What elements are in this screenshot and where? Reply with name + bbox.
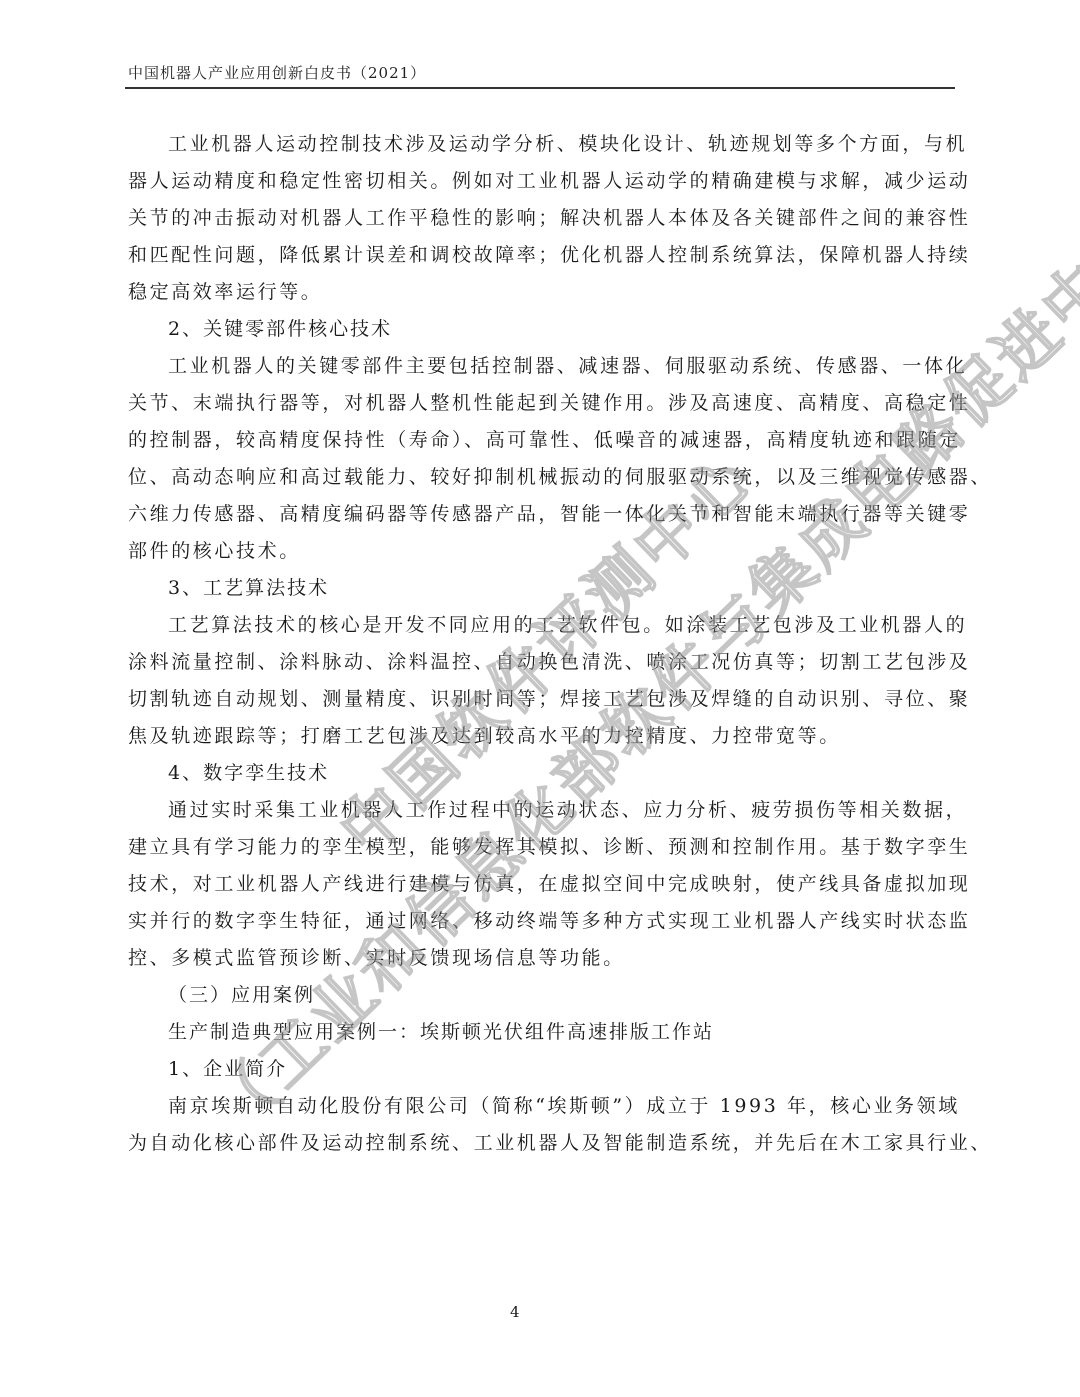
section-heading: 4、数字孪生技术 [128, 755, 958, 792]
section-heading: 3、工艺算法技术 [128, 570, 958, 607]
text-line: 技术，对工业机器人产线进行建模与仿真，在虚拟空间中完成映射，使产线具备虚拟加现 [128, 866, 958, 903]
text-line: 工艺算法技术的核心是开发不同应用的工艺软件包。如涂装工艺包涉及工业机器人的 [128, 607, 958, 644]
text-line: 通过实时采集工业机器人工作过程中的运动状态、应力分析、疲劳损伤等相关数据， [128, 792, 958, 829]
page-number: 4 [510, 1303, 520, 1321]
text-line: 部件的核心技术。 [128, 533, 958, 570]
text-line: 控、多模式监管预诊断、实时反馈现场信息等功能。 [128, 940, 958, 977]
text-line: 稳定高效率运行等。 [128, 274, 958, 311]
text-line: 位、高动态响应和高过载能力、较好抑制机械振动的伺服驱动系统，以及三维视觉传感器、 [128, 459, 958, 496]
text-line: 工业机器人运动控制技术涉及运动学分析、模块化设计、轨迹规划等多个方面，与机 [128, 126, 958, 163]
text-line: 和匹配性问题，降低累计误差和调校故障率；优化机器人控制系统算法，保障机器人持续 [128, 237, 958, 274]
text-line: 建立具有学习能力的孪生模型，能够发挥其模拟、诊断、预测和控制作用。基于数字孪生 [128, 829, 958, 866]
case-title: 生产制造典型应用案例一：埃斯顿光伏组件高速排版工作站 [128, 1014, 958, 1051]
document-body: 工业机器人运动控制技术涉及运动学分析、模块化设计、轨迹规划等多个方面，与机 器人… [128, 126, 958, 1162]
header-divider [125, 87, 955, 89]
text-line: 焦及轨迹跟踪等；打磨工艺包涉及达到较高水平的力控精度、力控带宽等。 [128, 718, 958, 755]
running-header: 中国机器人产业应用创新白皮书（2021） [128, 62, 426, 83]
section-heading: （三）应用案例 [128, 977, 958, 1014]
text-line: 为自动化核心部件及运动控制系统、工业机器人及智能制造系统，并先后在木工家具行业、 [128, 1125, 958, 1162]
text-line: 关节的冲击振动对机器人工作平稳性的影响；解决机器人本体及各关键部件之间的兼容性 [128, 200, 958, 237]
text-line: 器人运动精度和稳定性密切相关。例如对工业机器人运动学的精确建模与求解，减少运动 [128, 163, 958, 200]
text-line: 南京埃斯顿自动化股份有限公司（简称“埃斯顿”）成立于 1993 年，核心业务领域 [128, 1088, 958, 1125]
text-line: 切割轨迹自动规划、测量精度、识别时间等；焊接工艺包涉及焊缝的自动识别、寻位、聚 [128, 681, 958, 718]
text-line: 实并行的数字孪生特征，通过网络、移动终端等多种方式实现工业机器人产线实时状态监 [128, 903, 958, 940]
text-line: 六维力传感器、高精度编码器等传感器产品，智能一体化关节和智能末端执行器等关键零 [128, 496, 958, 533]
text-line: 工业机器人的关键零部件主要包括控制器、减速器、伺服驱动系统、传感器、一体化 [128, 348, 958, 385]
section-heading: 2、关键零部件核心技术 [128, 311, 958, 348]
text-line: 涂料流量控制、涂料脉动、涂料温控、自动换色清洗、喷涂工况仿真等；切割工艺包涉及 [128, 644, 958, 681]
text-line: 关节、末端执行器等，对机器人整机性能起到关键作用。涉及高速度、高精度、高稳定性 [128, 385, 958, 422]
section-heading: 1、企业简介 [128, 1051, 958, 1088]
text-line: 的控制器，较高精度保持性（寿命）、高可靠性、低噪音的减速器，高精度轨迹和跟随定 [128, 422, 958, 459]
